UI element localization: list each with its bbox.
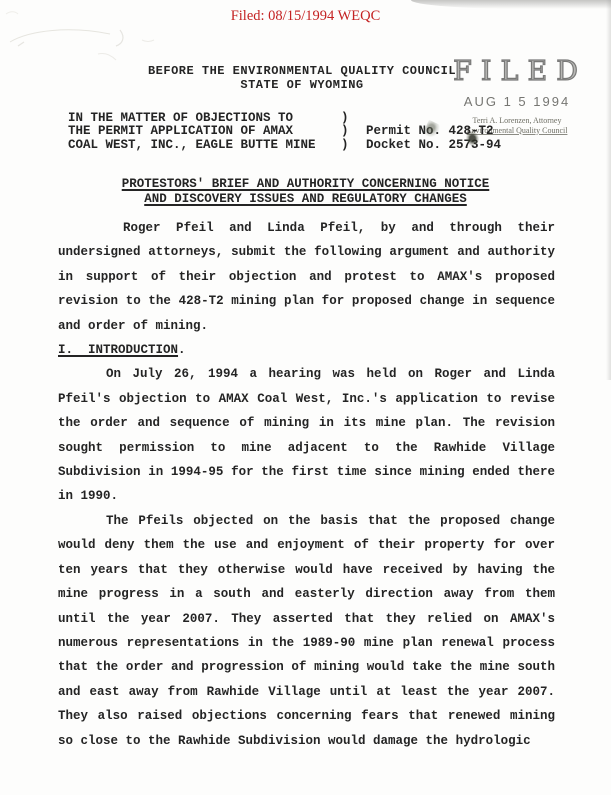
caption-matter-line1: IN THE MATTER OF OBJECTIONS TO — [68, 112, 341, 125]
docket-number: Docket No. 2573-94 — [366, 139, 501, 152]
section-heading-period: . — [178, 343, 186, 357]
caption-row: COAL WEST, INC., EAGLE BUTTE MINE ) Dock… — [68, 139, 501, 152]
body-paragraph-2: On July 26, 1994 a hearing was held on R… — [58, 362, 555, 508]
body-paragraph-3: The Pfeils objected on the basis that th… — [58, 509, 555, 753]
caption-matter-line2: THE PERMIT APPLICATION OF AMAX — [68, 125, 341, 138]
section-heading-introduction: I. INTRODUCTION. — [58, 338, 555, 362]
section-heading-text: I. INTRODUCTION — [58, 343, 178, 357]
document-title: PROTESTORS' BRIEF AND AUTHORITY CONCERNI… — [0, 177, 611, 206]
efiling-date-header: Filed: 08/15/1994 WEQC — [0, 8, 611, 25]
body-paragraph-1: Roger Pfeil and Linda Pfeil, by and thro… — [58, 216, 555, 338]
document-page: Filed: 08/15/1994 WEQC BEFORE THE ENVIRO… — [0, 0, 611, 795]
caption-paren: ) — [341, 112, 366, 125]
caption-matter-line3: COAL WEST, INC., EAGLE BUTTE MINE — [68, 139, 341, 152]
filed-stamp-date: AUG 1 5 1994 — [437, 94, 597, 109]
document-title-line2: AND DISCOVERY ISSUES AND REGULATORY CHAN… — [144, 192, 467, 206]
caption-paren: ) — [341, 125, 366, 138]
document-body: Roger Pfeil and Linda Pfeil, by and thro… — [58, 216, 555, 753]
caption-paren: ) — [341, 139, 366, 152]
filed-stamp-word: FILED — [437, 56, 597, 87]
document-title-line1: PROTESTORS' BRIEF AND AUTHORITY CONCERNI… — [122, 177, 490, 191]
